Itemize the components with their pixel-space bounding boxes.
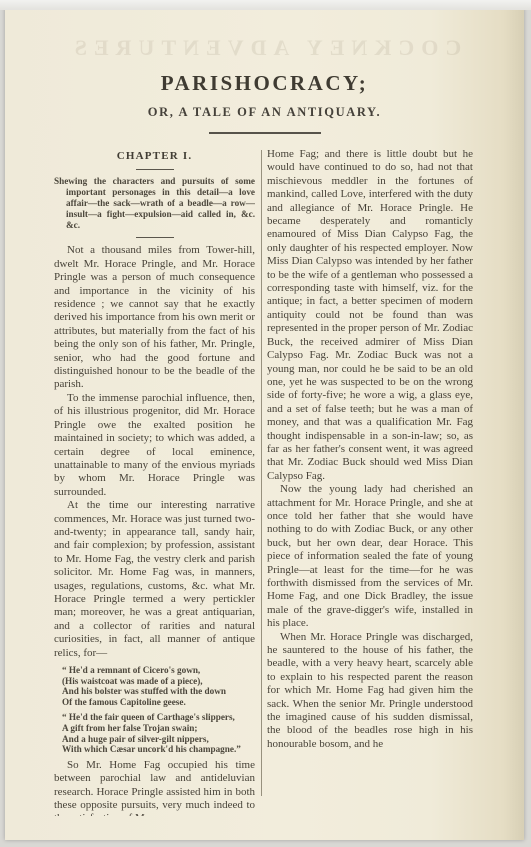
right-column: Home Fag; and there is little doubt but … [267, 148, 473, 816]
paragraph: Home Fag; and there is little doubt but … [267, 148, 473, 483]
paragraph: When Mr. Horace Pringle was discharged, … [267, 631, 473, 752]
verse-line: (His waistcoat was made of a piece), [62, 676, 255, 687]
verse-line: And his bolster was stuffed with the dow… [62, 686, 255, 697]
paragraph: At the time our interesting narrative co… [54, 499, 255, 660]
verse-stanza: “ He'd a remnant of Cicero's gown, (His … [62, 665, 255, 707]
bleed-through-text: COCKNEY ADVENTURES [5, 35, 524, 61]
text-columns: CHAPTER I. Shewing the characters and pu… [54, 148, 524, 816]
column-divider-rule [261, 150, 262, 796]
paragraph: Now the young lady had cherished an atta… [267, 483, 473, 630]
verse-line: With which Cæsar uncork'd his champagne.… [62, 744, 255, 755]
title-rule [209, 132, 321, 134]
book-page: COCKNEY ADVENTURES PARISHOCRACY; OR, A T… [5, 7, 524, 840]
paragraph: So Mr. Home Fag occupied his time betwee… [54, 759, 255, 816]
scanned-page: COCKNEY ADVENTURES PARISHOCRACY; OR, A T… [0, 0, 531, 847]
verse-line: Of the famous Capitoline geese. [62, 697, 255, 708]
argument-rule [136, 237, 174, 238]
verse-line: “ He'd a remnant of Cicero's gown, [62, 665, 255, 676]
verse-stanza: “ He'd the fair queen of Carthage's slip… [62, 712, 255, 754]
paragraph: To the immense parochial influence, then… [54, 392, 255, 499]
chapter-rule [136, 169, 174, 170]
verse-line: “ He'd the fair queen of Carthage's slip… [62, 712, 255, 723]
chapter-argument: Shewing the characters and pursuits of s… [54, 176, 255, 231]
paragraph: Not a thousand miles from Tower-hill, dw… [54, 244, 255, 391]
verse-line: And a huge pair of silver-gilt nippers, [62, 734, 255, 745]
page-title: PARISHOCRACY; [5, 71, 524, 96]
chapter-heading: CHAPTER I. [54, 150, 255, 163]
page-subtitle: OR, A TALE OF AN ANTIQUARY. [5, 105, 524, 120]
left-column: CHAPTER I. Shewing the characters and pu… [54, 148, 255, 816]
verse-line: A gift from her false Trojan swain; [62, 723, 255, 734]
